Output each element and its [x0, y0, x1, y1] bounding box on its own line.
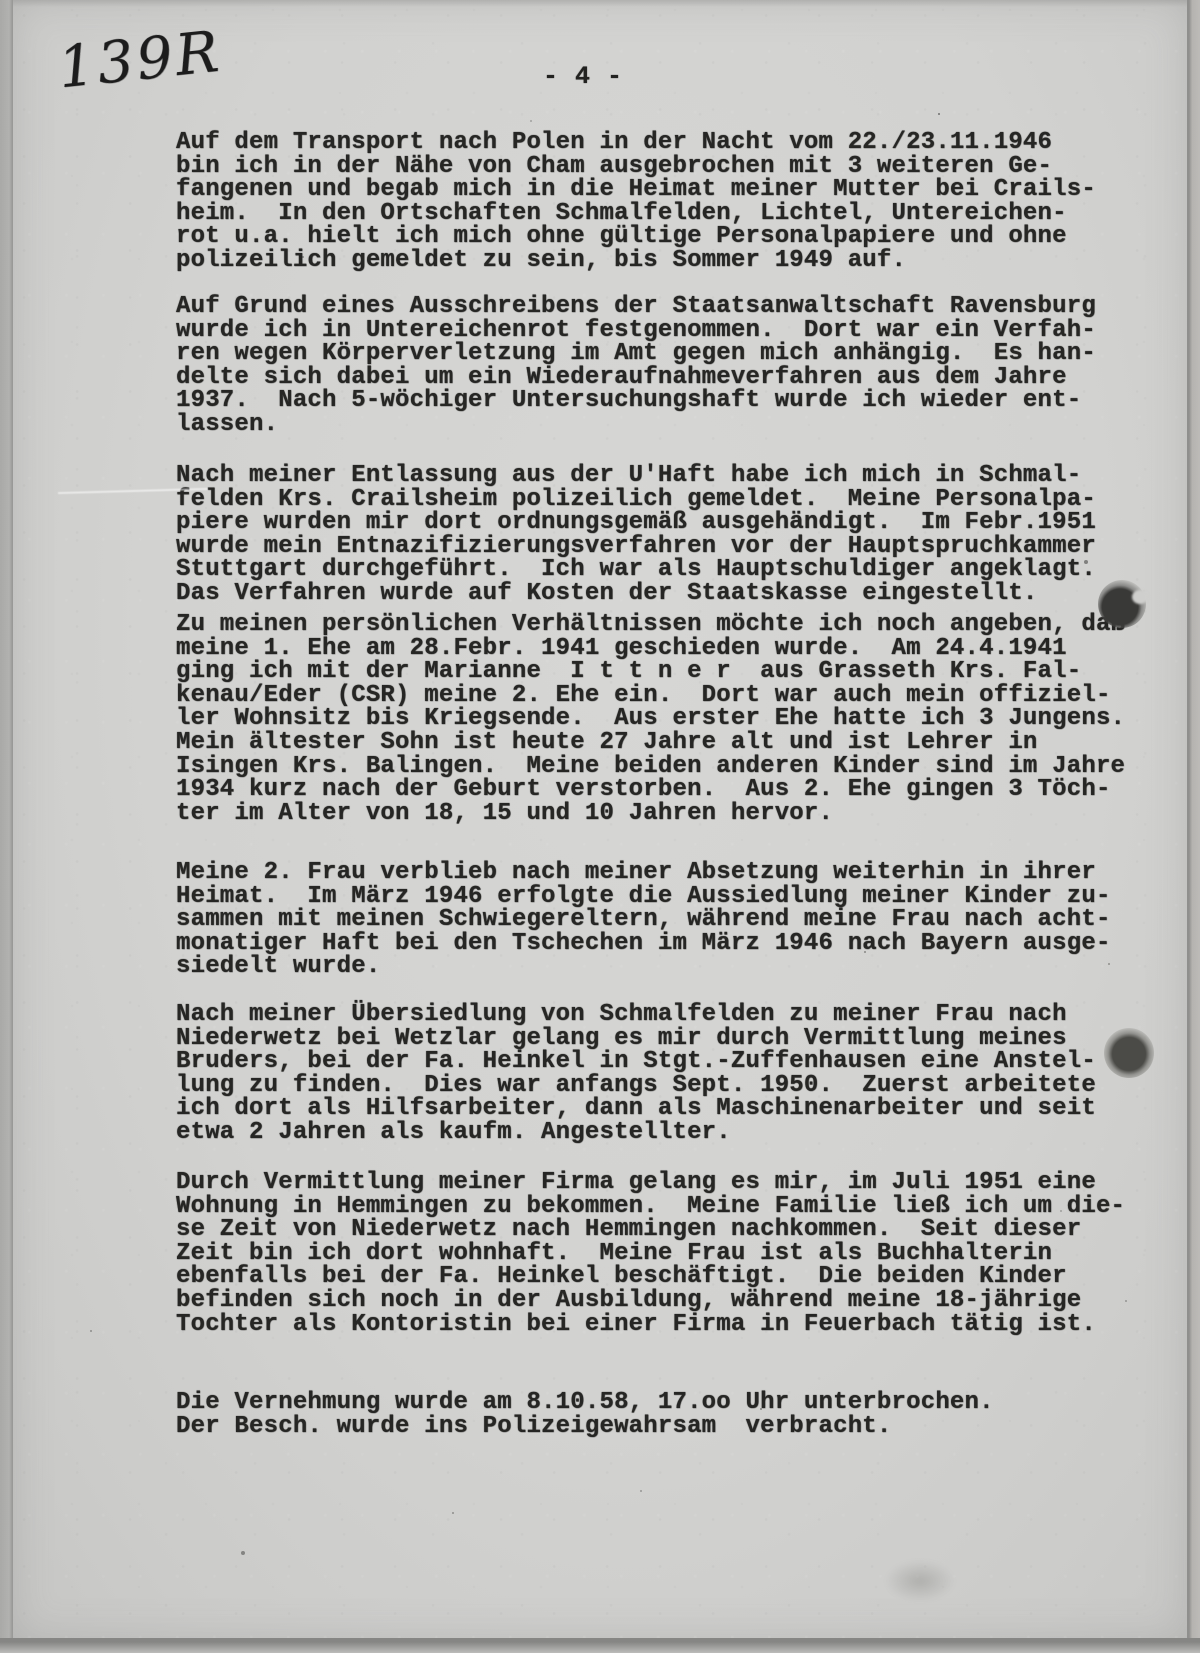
- ink-stain-lower: [1104, 1028, 1154, 1078]
- paragraph-release-denazification: Nach meiner Entlassung aus der U'Haft ha…: [176, 464, 1096, 606]
- scan-edge-top: [13, 0, 1187, 7]
- paper-smudge: [885, 1560, 955, 1602]
- scan-edge-right: [1187, 0, 1200, 1653]
- paragraph-second-wife: Meine 2. Frau verblieb nach meiner Abset…: [176, 861, 1111, 979]
- paragraph-transport-escape: Auf dem Transport nach Polen in der Nach…: [176, 131, 1096, 273]
- page-number: - 4 -: [543, 64, 623, 90]
- paragraph-interrogation-closing: Die Vernehmung wurde am 8.10.58, 17.oo U…: [176, 1391, 994, 1438]
- scan-edge-left: [0, 0, 13, 1653]
- paragraph-hemmingen-residence: Durch Vermittlung meiner Firma gelang es…: [176, 1171, 1125, 1336]
- document-scan: 139R - 4 - Auf dem Transport nach Polen …: [0, 0, 1200, 1653]
- paragraph-personal-circumstances: Zu meinen persönlichen Verhältnissen möc…: [176, 613, 1125, 825]
- paper-speckles: [0, 0, 2, 2]
- ink-stain-upper-highlight: [1132, 590, 1148, 604]
- paragraph-arrest-ravensburg: Auf Grund eines Ausschreibens der Staats…: [176, 295, 1096, 437]
- scan-edge-bottom: [0, 1638, 1200, 1653]
- paragraph-heinkel-employment: Nach meiner Übersiedlung von Schmalfelde…: [176, 1003, 1096, 1145]
- handwritten-archival-mark: 139R: [55, 22, 224, 99]
- ink-stain-upper: [1098, 580, 1146, 628]
